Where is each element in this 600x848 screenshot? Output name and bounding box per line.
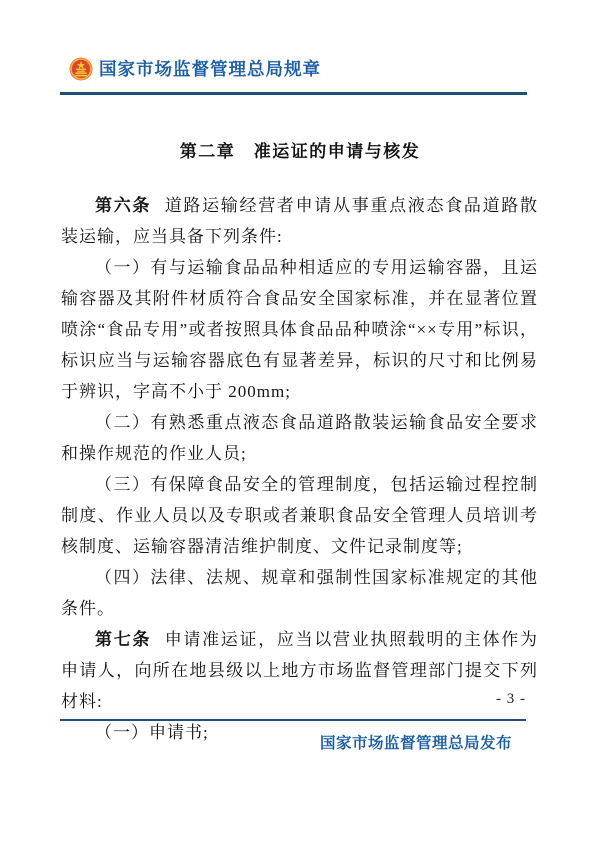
page-number: - 3 - [60, 691, 526, 708]
paragraph-item-3: （三）有保障食品安全的管理制度，包括运输过程控制制度、作业人员以及专职或者兼职食… [61, 469, 538, 562]
page-header: 国家市场监督管理总局规章 [60, 56, 527, 95]
national-emblem-icon [69, 57, 93, 81]
paragraph-item-1: （一）有与运输食品品种相适应的专用运输容器，且运输容器及其附件材质符合食品安全国… [61, 252, 538, 407]
paragraph-text: （一）有与运输食品品种相适应的专用运输容器，且运输容器及其附件材质符合食品安全国… [61, 258, 538, 401]
paragraph-text: （三）有保障食品安全的管理制度，包括运输过程控制制度、作业人员以及专职或者兼职食… [61, 475, 538, 556]
paragraph-item-2: （二）有熟悉重点液态食品道路散装运输食品安全要求和操作规范的作业人员; [61, 407, 538, 469]
paragraph-article-6: 第六条道路运输经营者申请从事重点液态食品道路散装运输，应当具备下列条件: [61, 190, 538, 252]
footer-publisher: 国家市场监督管理总局发布 [60, 731, 512, 753]
chapter-title: 第二章 准运证的申请与核发 [0, 137, 600, 162]
document-page: 国家市场监督管理总局规章 第二章 准运证的申请与核发 第六条道路运输经营者申请从… [0, 0, 600, 848]
article-number: 第七条 [95, 630, 151, 649]
document-body: 第六条道路运输经营者申请从事重点液态食品道路散装运输，应当具备下列条件: （一）… [61, 190, 538, 748]
header-title: 国家市场监督管理总局规章 [99, 56, 321, 81]
paragraph-item-4: （四）法律、法规、规章和强制性国家标准规定的其他条件。 [61, 562, 538, 624]
paragraph-text: （四）法律、法规、规章和强制性国家标准规定的其他条件。 [61, 568, 538, 618]
footer-rule [60, 719, 526, 721]
article-number: 第六条 [95, 196, 151, 215]
paragraph-text: （二）有熟悉重点液态食品道路散装运输食品安全要求和操作规范的作业人员; [61, 413, 538, 463]
